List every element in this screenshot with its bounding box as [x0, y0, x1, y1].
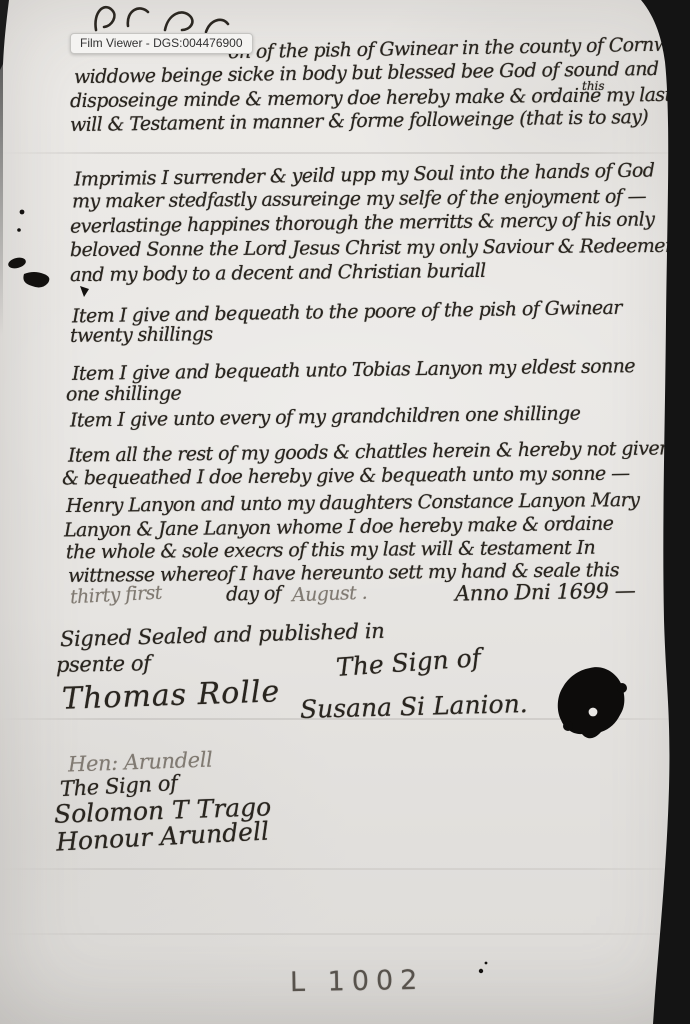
cropped-top-line-strokes	[0, 0, 690, 1024]
ink-seal-blot	[558, 667, 627, 738]
film-viewer-stage: on of the pish of Gwinear in the county …	[0, 0, 690, 1024]
film-viewer-label-text: Film Viewer - DGS:004476900	[80, 36, 243, 50]
film-viewer-label: Film Viewer - DGS:004476900	[70, 33, 253, 54]
ink-blots	[7, 210, 487, 974]
